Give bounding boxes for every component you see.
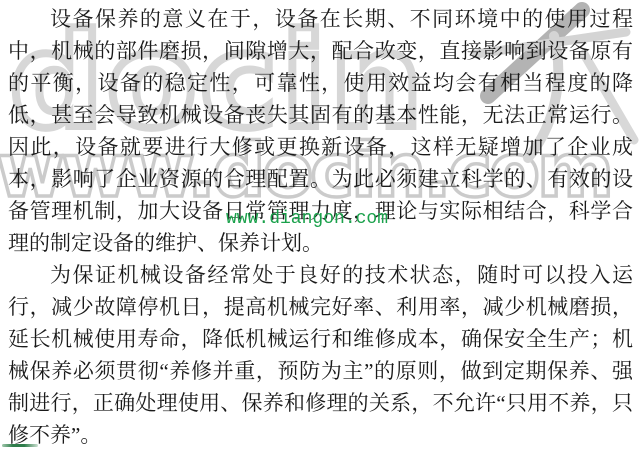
diangon-url-watermark: www.diangon.com bbox=[226, 209, 388, 229]
document-page: docin www.docin.com 设备保养的意义在于，设备在长期、不同环境… bbox=[0, 0, 641, 449]
paragraph-maintenance-principles: 为保证机械设备经常处于良好的技术状态，随时可以投入运行，减少故障停机日，提高机械… bbox=[8, 259, 633, 449]
